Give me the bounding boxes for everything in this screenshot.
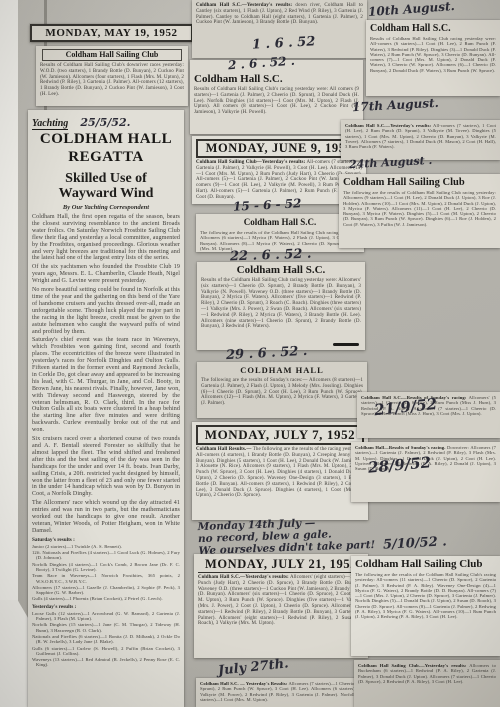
regatta-column-label: Yachting bbox=[32, 118, 68, 130]
clipping-jun22-body: Results of the Coldham Hall Sailing Club… bbox=[201, 278, 361, 330]
clipping-jul7-body: The following are the results of the rac… bbox=[196, 447, 364, 498]
regatta-saturday-results-heading: Saturday's results : bbox=[32, 537, 180, 543]
handwritten-date-17th-august: 17th August. bbox=[352, 96, 439, 115]
regatta-subhead-1: Skilled Use of bbox=[32, 171, 180, 186]
divider-bar bbox=[333, 343, 359, 346]
regatta-paragraph: The Allcomers' race which wound up the d… bbox=[32, 500, 180, 535]
clipping-may19-heading: Coldham Hall Sailing Club bbox=[42, 49, 182, 61]
clipping-jun15-heading: Coldham Hall S.C. bbox=[200, 217, 360, 228]
clipping-jun29: COLDHAM HALL The following are the resul… bbox=[197, 362, 367, 418]
clipping-jul7-lead: Coldham Hall Results.— bbox=[196, 447, 251, 452]
clipping-date-may19: MONDAY, MAY 19, 1952 bbox=[30, 24, 193, 42]
handwritten-date-5-10-52: 5/10/52 . bbox=[383, 534, 447, 552]
clipping-aug24: Coldham Hall Sailing Club The following … bbox=[339, 174, 500, 248]
clipping-jun1-lead: Coldham Hall S.C.—Yesterday's results: bbox=[196, 3, 292, 8]
clipping-aug10: Coldham Hall S.C. Results of Coldham Hal… bbox=[366, 20, 500, 96]
regatta-paragraph: Of the six yachtsmen who founded the Fro… bbox=[32, 264, 180, 285]
clipping-jul7: MONDAY, JULY 7, 1952 Coldham Hall Result… bbox=[192, 422, 368, 520]
clipping-jun9-lead: Coldham Hall Sailing Club—Yesterday's re… bbox=[196, 160, 305, 165]
handwritten-date-july-27: July 27th. bbox=[217, 656, 289, 678]
regatta-yesterday-results-heading: Yesterday's results : bbox=[32, 604, 180, 610]
clipping-jun2: Coldham Hall S.C. Results of Coldham Hal… bbox=[190, 60, 363, 134]
regatta-byline: By Our Yachting Correspondent bbox=[32, 204, 180, 212]
result-line: Norfolk Dinghies (4 starters)—1 Cock's C… bbox=[36, 562, 180, 573]
clipping-bottom-right-lead: Coldham Hall Sailing Club.—Yesterday's r… bbox=[358, 663, 467, 668]
clipping-may19: Coldham Hall Sailing Club Results of Col… bbox=[36, 46, 188, 106]
clipping-regatta-article: Yachting 25/5/52. COLDHAM HALL REGATTA S… bbox=[28, 110, 184, 707]
clipping-bottom-right: Coldham Hall Sailing Club.—Yesterday's r… bbox=[354, 660, 500, 707]
clipping-sep28-lead: Coldham Hall—Results of Sunday's racing. bbox=[355, 445, 445, 450]
clipping-jun29-body: The following are the results of Sunday'… bbox=[201, 378, 363, 407]
result-line: Waveneys (13 starters)—1 Red Admiral (R.… bbox=[36, 657, 180, 668]
clipping-aug10-body: Results of Coldham Hall Sailing Club rac… bbox=[370, 36, 496, 73]
clipping-jun22-heading: Coldham Hall S.C. bbox=[201, 265, 361, 276]
handwritten-note-14-july: Monday 14th July — no record, blew a gal… bbox=[197, 515, 375, 557]
result-line: Nationals and Fireflies (6 starters)—1 B… bbox=[36, 634, 180, 645]
clipping-jul21-date: MONDAY, JULY 21, 1952 bbox=[198, 557, 364, 573]
clipping-jul21: MONDAY, JULY 21, 1952 Coldham Hall S.C.—… bbox=[194, 554, 368, 658]
scrapbook-page: MONDAY, MAY 19, 1952 Coldham Hall Sailin… bbox=[0, 0, 500, 707]
clipping-jun29-heading: COLDHAM HALL bbox=[201, 365, 363, 376]
clipping-jun9-date: MONDAY, JUNE 9, 1952 bbox=[196, 139, 362, 158]
clipping-aug24-body: The following are the results of Coldham… bbox=[343, 190, 496, 227]
clipping-jul21-body: Allcomers' (eight starters)—1 Rum Punch … bbox=[198, 575, 364, 626]
clipping-jul27-lead: Coldham Hall S.C. — Yesterday's Results: bbox=[200, 681, 287, 686]
result-line: Gulls (6 starters)—1 Curlew (S. Howell),… bbox=[36, 646, 180, 657]
regatta-subhead-2: Wayward Wind bbox=[32, 186, 180, 201]
result-line: Team Race in Waveneys—1 Norwich Frostbit… bbox=[36, 573, 180, 584]
regatta-paragraph: Coldham Hall, the first open regatta of … bbox=[32, 214, 180, 262]
regatta-paragraph: No more beautiful setting could be found… bbox=[32, 287, 180, 335]
result-line: Allcomers (17 starters)—1 Gazelle (J. Ch… bbox=[36, 585, 180, 596]
result-line: Norfolk Dinghies (15 starters)—1 Jane (C… bbox=[36, 622, 180, 633]
handwritten-date-25-5-52: 25/5/52. bbox=[80, 116, 130, 129]
result-line: Junior (2 starters)—1 Twinkle (A. S. Ben… bbox=[36, 544, 180, 549]
clipping-oct5: Coldham Hall Sailing Club The following … bbox=[351, 556, 500, 656]
handwritten-date-29-6-52: 29 . 6 . 52 . bbox=[226, 344, 308, 363]
clipping-may19-body: Results of Coldham Hall Sailing Club's d… bbox=[40, 63, 184, 98]
result-line: Loose Gulls (12 starters)—1 Arrowhead (G… bbox=[36, 611, 180, 622]
result-line: Gulls (4 starters)—1 Phoenix (Brian Croc… bbox=[36, 596, 180, 601]
result-line: 12ft. Nationals and Fireflies (4 starter… bbox=[36, 550, 180, 561]
clipping-oct5-heading: Coldham Hall Sailing Club bbox=[355, 559, 496, 570]
clipping-oct5-body: The following are the results of the Col… bbox=[355, 572, 496, 620]
regatta-paragraph: Six cruisers raced over a shortened cour… bbox=[32, 436, 180, 498]
regatta-headline-1: COLDHAM HALL bbox=[32, 131, 180, 147]
handwritten-date-15-6-52: 15 - 6 - 52 bbox=[233, 196, 302, 214]
regatta-paragraph: Saturday's chief event was the team race… bbox=[32, 337, 180, 434]
clipping-jun2-heading: Coldham Hall S.C. bbox=[194, 74, 359, 85]
clipping-aug17-lead: Coldham Hall S.C.—Yesterday's results: bbox=[345, 123, 431, 128]
clipping-jun9-body: All-comers (7 starters)—1 Gartenia (J. P… bbox=[196, 160, 362, 200]
handwritten-date-10th-august: 10th August. bbox=[368, 0, 456, 19]
clipping-jul27: Coldham Hall S.C. — Yesterday's Results:… bbox=[196, 678, 366, 707]
regatta-headline-2: REGATTA bbox=[32, 149, 180, 165]
clipping-jun22: Coldham Hall S.C. Results of the Coldham… bbox=[197, 262, 365, 350]
clipping-jul7-date: MONDAY, JULY 7, 1952 bbox=[196, 425, 364, 445]
clipping-aug10-heading: Coldham Hall S.C. bbox=[370, 23, 496, 34]
clipping-jul21-lead: Coldham Hall S.C.—Yesterday's results: bbox=[198, 575, 289, 580]
clipping-aug24-heading: Coldham Hall Sailing Club bbox=[343, 177, 496, 188]
clipping-jun2-body: Results of Coldham Hall Sailing Club's r… bbox=[194, 87, 359, 116]
